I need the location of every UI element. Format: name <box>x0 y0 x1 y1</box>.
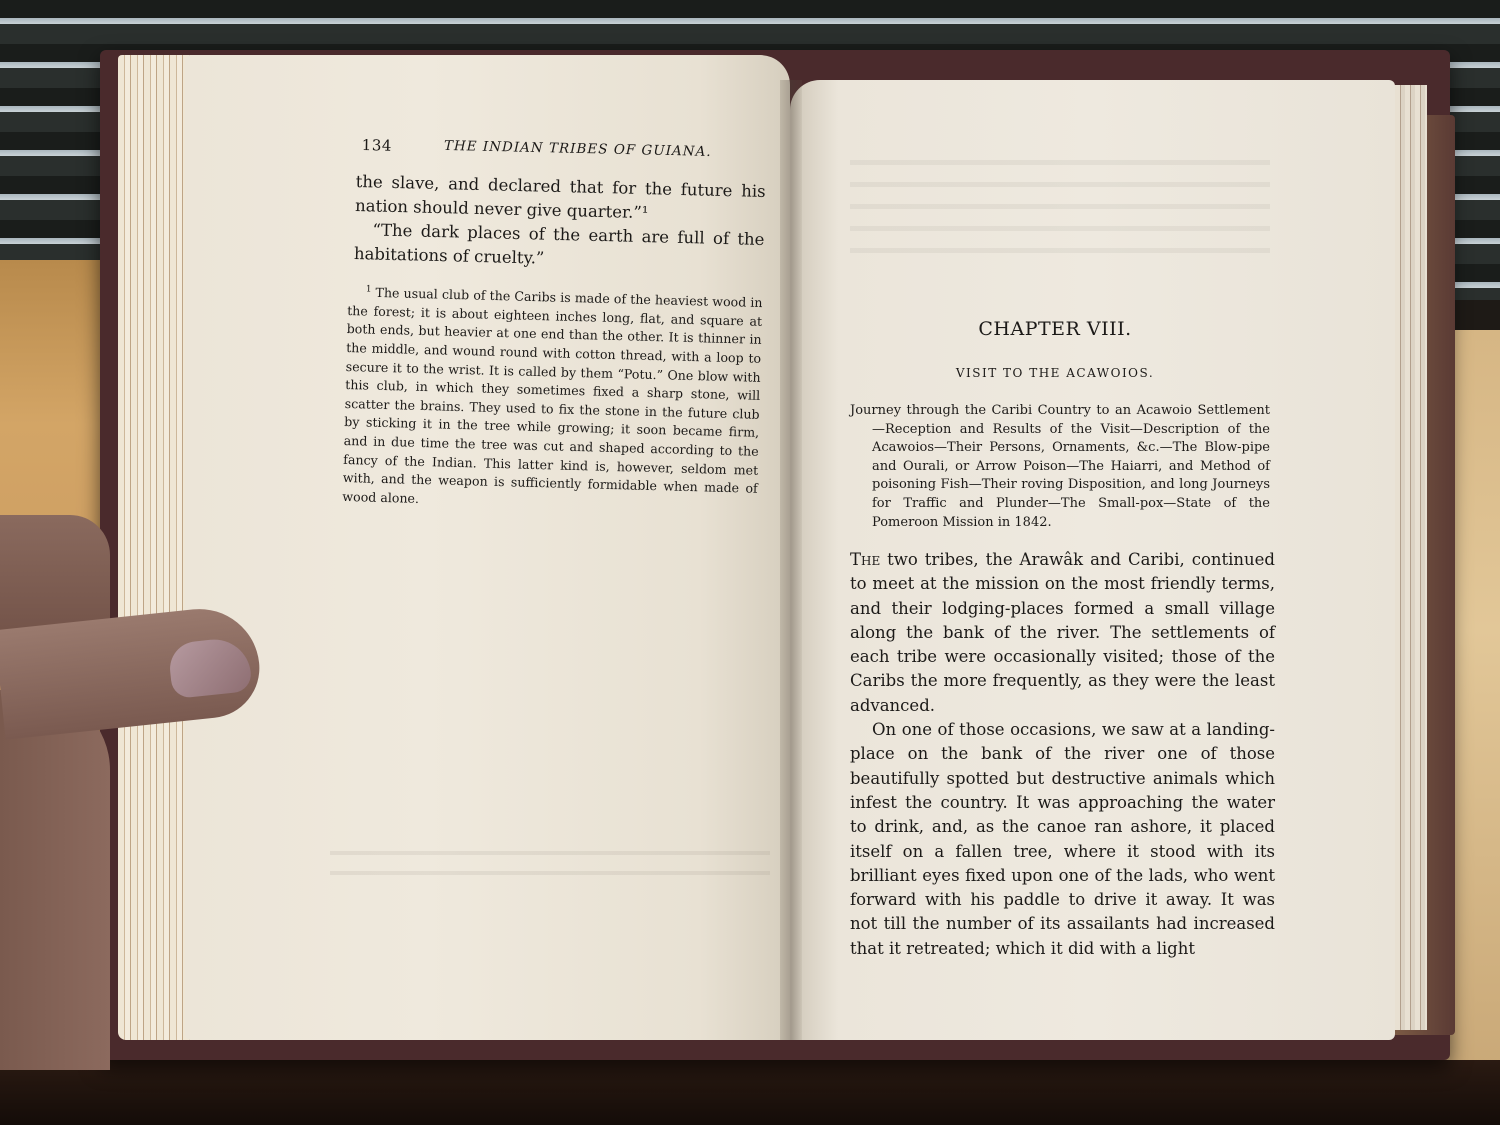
left-page-body: the slave, and declared that for the fut… <box>354 170 766 276</box>
bleed-through-text <box>330 835 770 890</box>
right-page-body: The two tribes, the Arawâk and Caribi, c… <box>850 548 1275 961</box>
paragraph: The two tribes, the Arawâk and Caribi, c… <box>850 548 1275 718</box>
chapter-synopsis: Journey through the Caribi Country to an… <box>850 402 1270 532</box>
page-number: 134 <box>362 136 393 155</box>
bleed-through-text <box>850 160 1270 270</box>
footnote: 1 The usual club of the Caribs is made o… <box>342 280 763 517</box>
paragraph: On one of those occasions, we saw at a l… <box>850 718 1275 961</box>
chapter-subtitle: VISIT TO THE ACAWOIOS. <box>850 366 1260 380</box>
book-gutter <box>780 80 802 1040</box>
footnote-text: The usual club of the Caribs is made of … <box>342 285 763 506</box>
chapter-title: CHAPTER VIII. <box>850 318 1260 340</box>
hand-palm <box>0 690 110 1070</box>
paragraph: “The dark places of the earth are full o… <box>354 218 765 276</box>
desk-shadow <box>0 1060 1500 1125</box>
footnote-marker: 1 <box>366 284 372 294</box>
drop-lead-word: The <box>850 550 880 569</box>
